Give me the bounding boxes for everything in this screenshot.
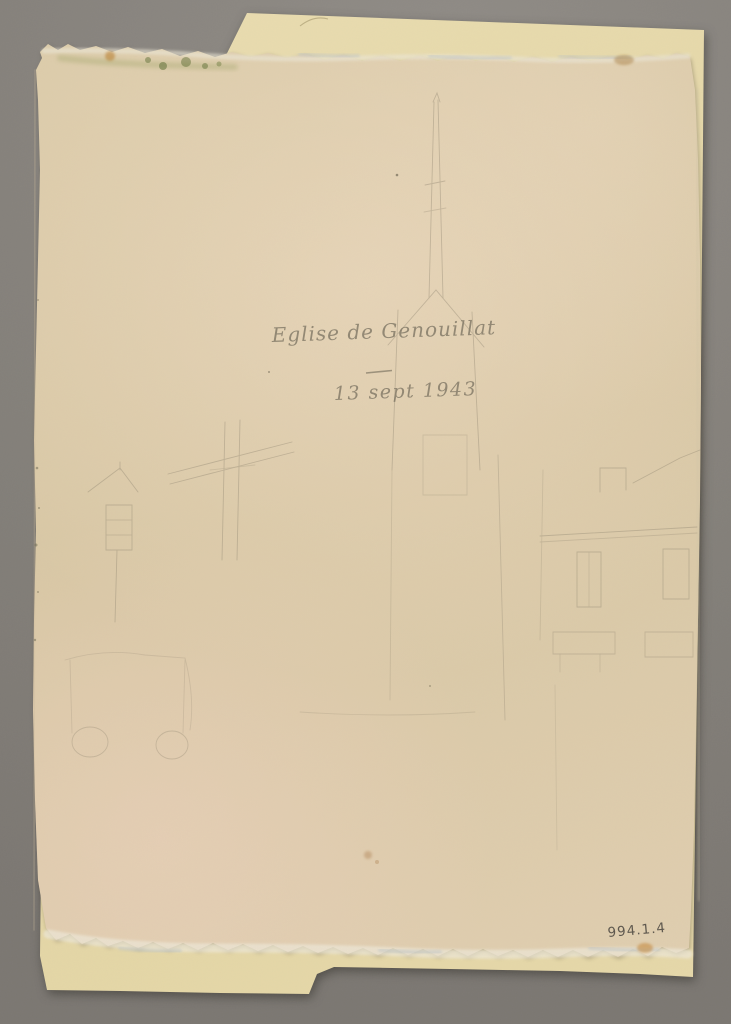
- annotations-overlay: Eglise de Genouillat 13 sept 1943 994.1.…: [0, 0, 731, 1024]
- grain-texture: [0, 0, 731, 1024]
- scan-background: Eglise de Genouillat 13 sept 1943 994.1.…: [0, 0, 731, 1024]
